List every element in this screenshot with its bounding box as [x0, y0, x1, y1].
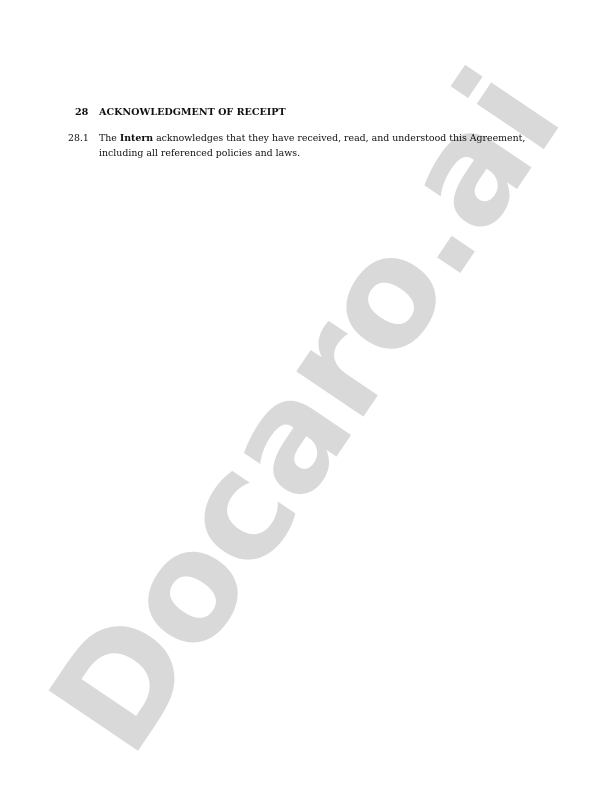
clause-text-suffix: acknowledges that they have received, re…	[99, 133, 525, 159]
defined-term: Intern	[120, 133, 153, 144]
clause-text-prefix: The	[99, 133, 120, 144]
clause: 28.1 The Intern acknowledges that they h…	[68, 131, 528, 161]
section-number: 28	[75, 107, 99, 118]
section-heading: 28ACKNOWLEDGMENT OF RECEIPT	[75, 107, 286, 118]
section-title: ACKNOWLEDGMENT OF RECEIPT	[99, 107, 286, 118]
clause-number: 28.1	[68, 131, 89, 146]
clause-text: The Intern acknowledges that they have r…	[99, 131, 528, 161]
